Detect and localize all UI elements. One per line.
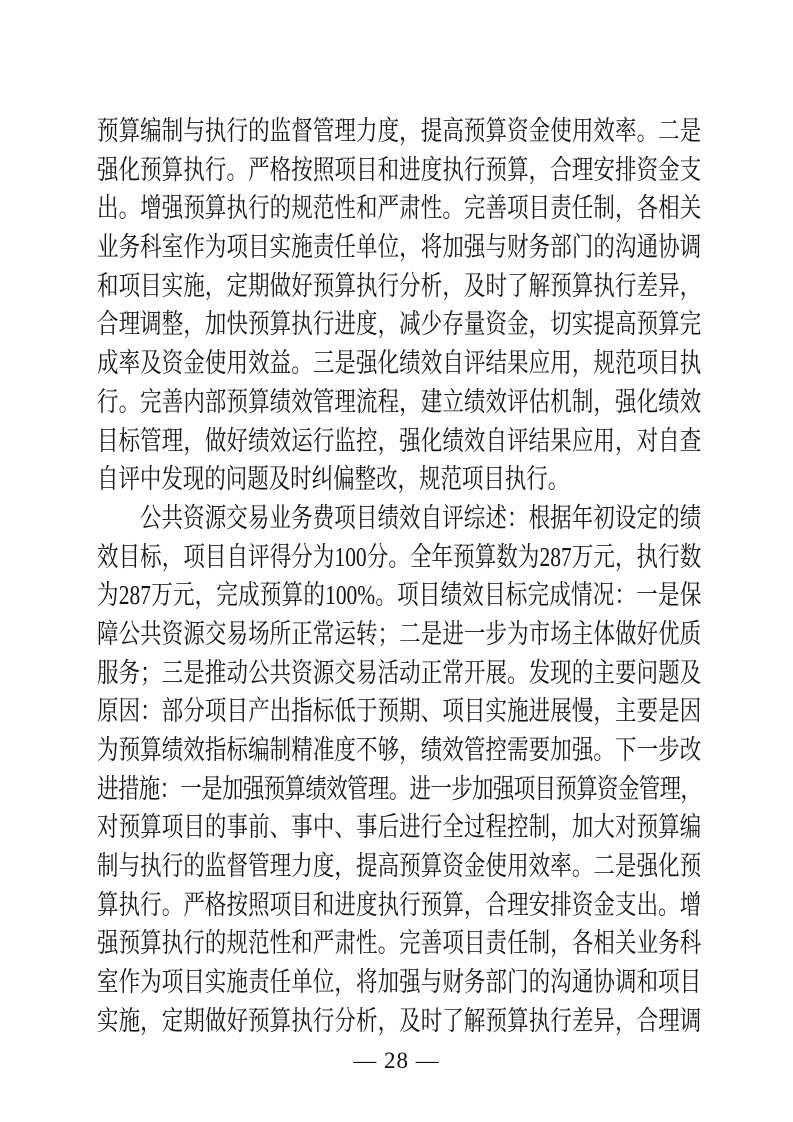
text-line: 行。完善内部预算绩效管理流程，建立绩效评估机制，强化绩效 [97,383,701,422]
text-line: 为预算绩效指标编制精准度不够，绩效管控需要加强。下一步改 [97,731,701,770]
text-line: 公共资源交易业务费项目绩效自评综述：根据年初设定的绩 [97,499,701,538]
document-body: 预算编制与执行的监督管理力度，提高预算资金使用效率。二是强化预算执行。严格按照项… [97,112,701,1041]
text-line: 强预算执行的规范性和严肃性。完善项目责任制，各相关业务科 [97,924,701,963]
paragraph: 预算编制与执行的监督管理力度，提高预算资金使用效率。二是强化预算执行。严格按照项… [97,112,701,499]
page-footer: — 28 — [0,1048,793,1074]
text-line: 自评中发现的问题及时纠偏整改，规范项目执行。 [97,460,701,499]
text-line: 原因：部分项目产出指标低于预期、项目实施进展慢，主要是因 [97,692,701,731]
text-line: 障公共资源交易场所正常运转；二是进一步为市场主体做好优质 [97,615,701,654]
paragraph: 公共资源交易业务费项目绩效自评综述：根据年初设定的绩效目标，项目自评得分为100… [97,499,701,1041]
text-line: 对预算项目的事前、事中、事后进行全过程控制，加大对预算编 [97,808,701,847]
text-line: 业务科室作为项目实施责任单位，将加强与财务部门的沟通协调 [97,228,701,267]
document-page: 预算编制与执行的监督管理力度，提高预算资金使用效率。二是强化预算执行。严格按照项… [0,0,793,1122]
text-line: 实施，定期做好预算执行分析，及时了解预算执行差异，合理调 [97,1002,701,1041]
text-line: 强化预算执行。严格按照项目和进度执行预算，合理安排资金支 [97,151,701,190]
text-line: 为287万元，完成预算的100%。项目绩效目标完成情况：一是保 [97,576,701,615]
text-line: 算执行。严格按照项目和进度执行预算，合理安排资金支出。增 [97,886,701,925]
text-line: 进措施：一是加强预算绩效管理。进一步加强项目预算资金管理， [97,770,701,809]
text-line: 效目标，项目自评得分为100分。全年预算数为287万元，执行数 [97,538,701,577]
text-line: 室作为项目实施责任单位，将加强与财务部门的沟通协调和项目 [97,963,701,1002]
text-line: 制与执行的监督管理力度，提高预算资金使用效率。二是强化预 [97,847,701,886]
text-line: 成率及资金使用效益。三是强化绩效自评结果应用，规范项目执 [97,344,701,383]
text-line: 服务；三是推动公共资源交易活动正常开展。发现的主要问题及 [97,654,701,693]
page-number: — 28 — [353,1048,440,1073]
text-line: 出。增强预算执行的规范性和严肃性。完善项目责任制，各相关 [97,189,701,228]
text-line: 合理调整，加快预算执行进度，减少存量资金，切实提高预算完 [97,305,701,344]
text-line: 预算编制与执行的监督管理力度，提高预算资金使用效率。二是 [97,112,701,151]
text-line: 目标管理，做好绩效运行监控，强化绩效自评结果应用，对自查 [97,422,701,461]
text-line: 和项目实施，定期做好预算执行分析，及时了解预算执行差异， [97,267,701,306]
